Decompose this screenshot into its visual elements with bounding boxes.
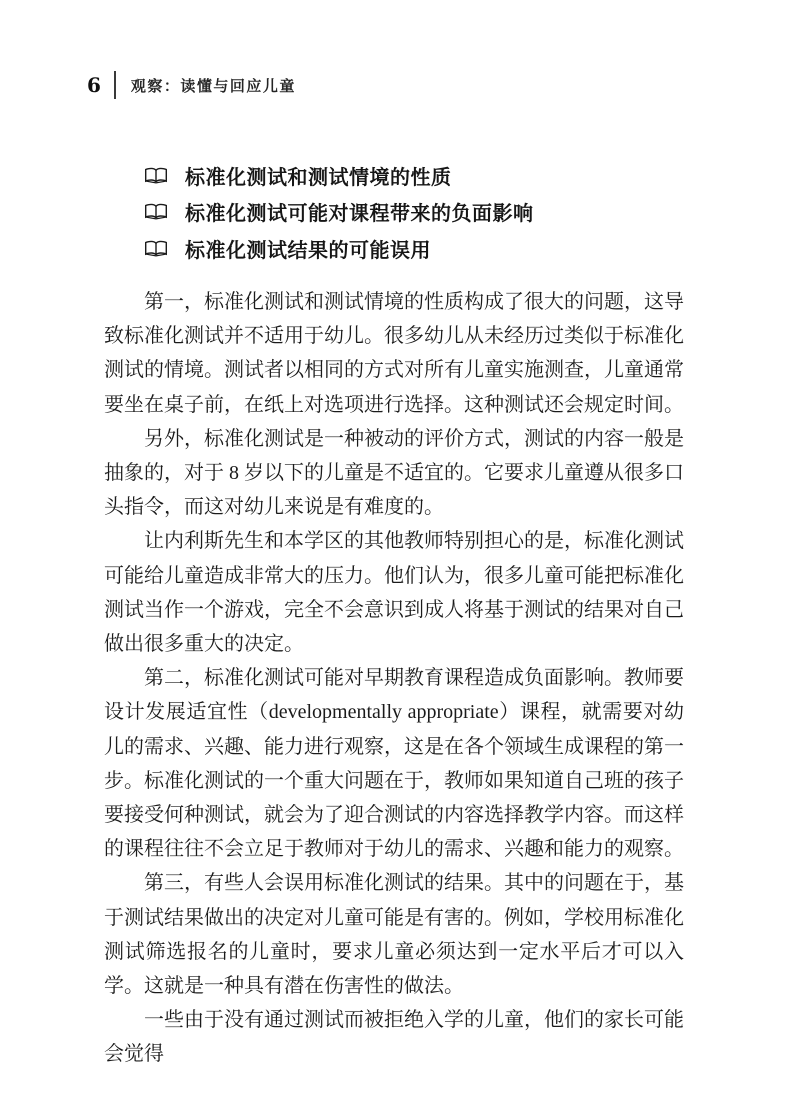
book-page: 6 观察：读懂与回应儿童 标准化测试和测试情境的性质 — [0, 0, 790, 1116]
topic-label: 标准化测试结果的可能误用 — [185, 234, 431, 263]
paragraph: 一些由于没有通过测试而被拒绝入学的儿童，他们的家长可能会觉得 — [104, 1003, 684, 1071]
list-item: 标准化测试可能对课程带来的负面影响 — [144, 194, 534, 231]
open-book-icon — [144, 167, 168, 184]
page-number: 6 — [87, 73, 101, 97]
paragraph: 另外，标准化测试是一种被动的评价方式，测试的内容一般是抽象的，对于 8 岁以下的… — [104, 422, 684, 525]
page-header: 6 观察：读懂与回应儿童 — [87, 71, 296, 99]
paragraph: 第二，标准化测试可能对早期教育课程造成负面影响。教师要设计发展适宜性（devel… — [104, 661, 684, 866]
paragraph: 第三，有些人会误用标准化测试的结果。其中的问题在于，基于测试结果做出的决定对儿童… — [104, 866, 684, 1003]
open-book-icon — [144, 203, 168, 220]
list-item: 标准化测试结果的可能误用 — [144, 230, 534, 267]
list-item: 标准化测试和测试情境的性质 — [144, 157, 534, 194]
running-title: 观察：读懂与回应儿童 — [131, 75, 296, 96]
paragraph: 让内利斯先生和本学区的其他教师特别担心的是，标准化测试可能给儿童造成非常大的压力… — [104, 524, 684, 661]
body-text: 第一，标准化测试和测试情境的性质构成了很大的问题，这导致标准化测试并不适用于幼儿… — [104, 285, 684, 1072]
open-book-icon — [144, 240, 168, 257]
paragraph: 第一，标准化测试和测试情境的性质构成了很大的问题，这导致标准化测试并不适用于幼儿… — [104, 285, 684, 422]
topic-label: 标准化测试可能对课程带来的负面影响 — [185, 197, 534, 226]
chapter-topic-list: 标准化测试和测试情境的性质 标准化测试可能对课程带来的负面影响 标准化测试结 — [144, 157, 534, 267]
topic-label: 标准化测试和测试情境的性质 — [185, 161, 452, 190]
header-divider — [114, 71, 116, 99]
